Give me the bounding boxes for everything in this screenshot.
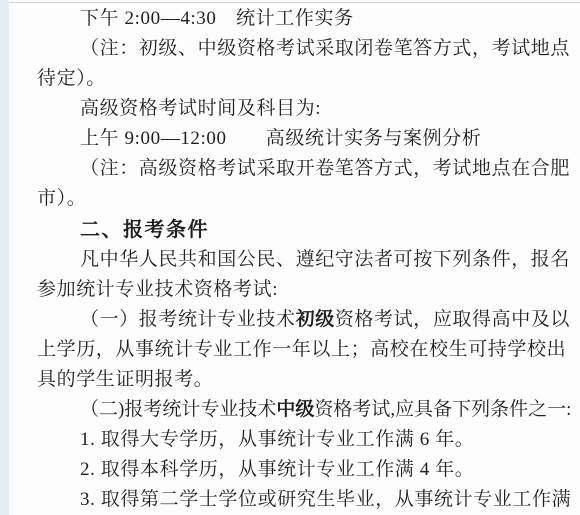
text-run: 2. 取得本科学历，从事统计专业工作满 4 年。 — [80, 459, 474, 480]
bold-text-run: 中级 — [276, 399, 314, 420]
text-line: 3. 取得第二学士学位或研究生毕业，从事统计专业工作满 — [37, 485, 577, 515]
text-line: 凡中华人民共和国公民、遵纪守法者可按下列条件，报名 — [37, 245, 577, 275]
text-run: 待定）。 — [37, 68, 106, 89]
bold-text-run: 初级 — [296, 309, 335, 330]
bold-text-run: 二、报考条件 — [80, 219, 209, 241]
text-run: （注：高级资格考试采取开卷笔答方式，考试地点在合肥 — [80, 158, 570, 179]
text-line: 参加统计专业技术资格考试: — [37, 275, 577, 305]
document-body: 下午 2:00—4:30 统计工作实务（注：初级、中级资格考试采取闭卷笔答方式，… — [37, 4, 577, 515]
text-line: 下午 2:00—4:30 统计工作实务 — [37, 4, 577, 34]
text-line: 市）。 — [37, 184, 577, 214]
text-line: （注：初级、中级资格考试采取闭卷笔答方式，考试地点 — [37, 34, 577, 64]
text-line: 2. 取得本科学历，从事统计专业工作满 4 年。 — [37, 455, 577, 485]
text-line: 待定）。 — [37, 64, 577, 94]
text-line: 上午 9:00—12:00 高级统计实务与案例分析 — [37, 124, 577, 154]
text-run: 凡中华人民共和国公民、遵纪守法者可按下列条件，报名 — [80, 249, 570, 270]
scan-edge-strip — [0, 0, 9, 515]
text-line: 上学历，从事统计专业工作一年以上；高校在校生可持学校出 — [37, 335, 577, 365]
text-run: 资格考试,应具备下列条件之一: — [314, 399, 571, 420]
text-run: （注：初级、中级资格考试采取闭卷笔答方式，考试地点 — [80, 38, 570, 59]
text-line: 具的学生证明报考。 — [37, 365, 577, 395]
text-run: （一）报考统计专业技术 — [80, 309, 296, 330]
text-line: 1. 取得大专学历，从事统计专业工作满 6 年。 — [37, 425, 577, 455]
text-run: 1. 取得大专学历，从事统计专业工作满 6 年。 — [80, 429, 474, 450]
text-line: （注：高级资格考试采取开卷笔答方式，考试地点在合肥 — [37, 154, 577, 184]
text-run: 上午 9:00—12:00 高级统计实务与案例分析 — [80, 128, 481, 149]
text-run: 资格考试，应取得高中及以 — [335, 309, 570, 330]
section-heading: 二、报考条件 — [37, 214, 577, 245]
text-line: 高级资格考试时间及科目为: — [37, 94, 577, 124]
text-run: 参加统计专业技术资格考试: — [37, 279, 278, 300]
scan-top-border — [9, 2, 580, 3]
text-run: 3. 取得第二学士学位或研究生毕业，从事统计专业工作满 — [80, 489, 571, 510]
text-run: 市）。 — [37, 188, 86, 209]
text-run: 下午 2:00—4:30 统计工作实务 — [80, 8, 354, 29]
text-run: （二)报考统计专业技术 — [80, 399, 276, 420]
text-run: 高级资格考试时间及科目为: — [80, 98, 321, 119]
text-run: 具的学生证明报考。 — [37, 369, 213, 390]
document-page: 下午 2:00—4:30 统计工作实务（注：初级、中级资格考试采取闭卷笔答方式，… — [0, 0, 580, 515]
text-run: 上学历，从事统计专业工作一年以上；高校在校生可持学校出 — [37, 339, 566, 360]
text-line: （一）报考统计专业技术初级资格考试，应取得高中及以 — [37, 305, 577, 335]
text-line: （二)报考统计专业技术中级资格考试,应具备下列条件之一: — [37, 395, 577, 425]
